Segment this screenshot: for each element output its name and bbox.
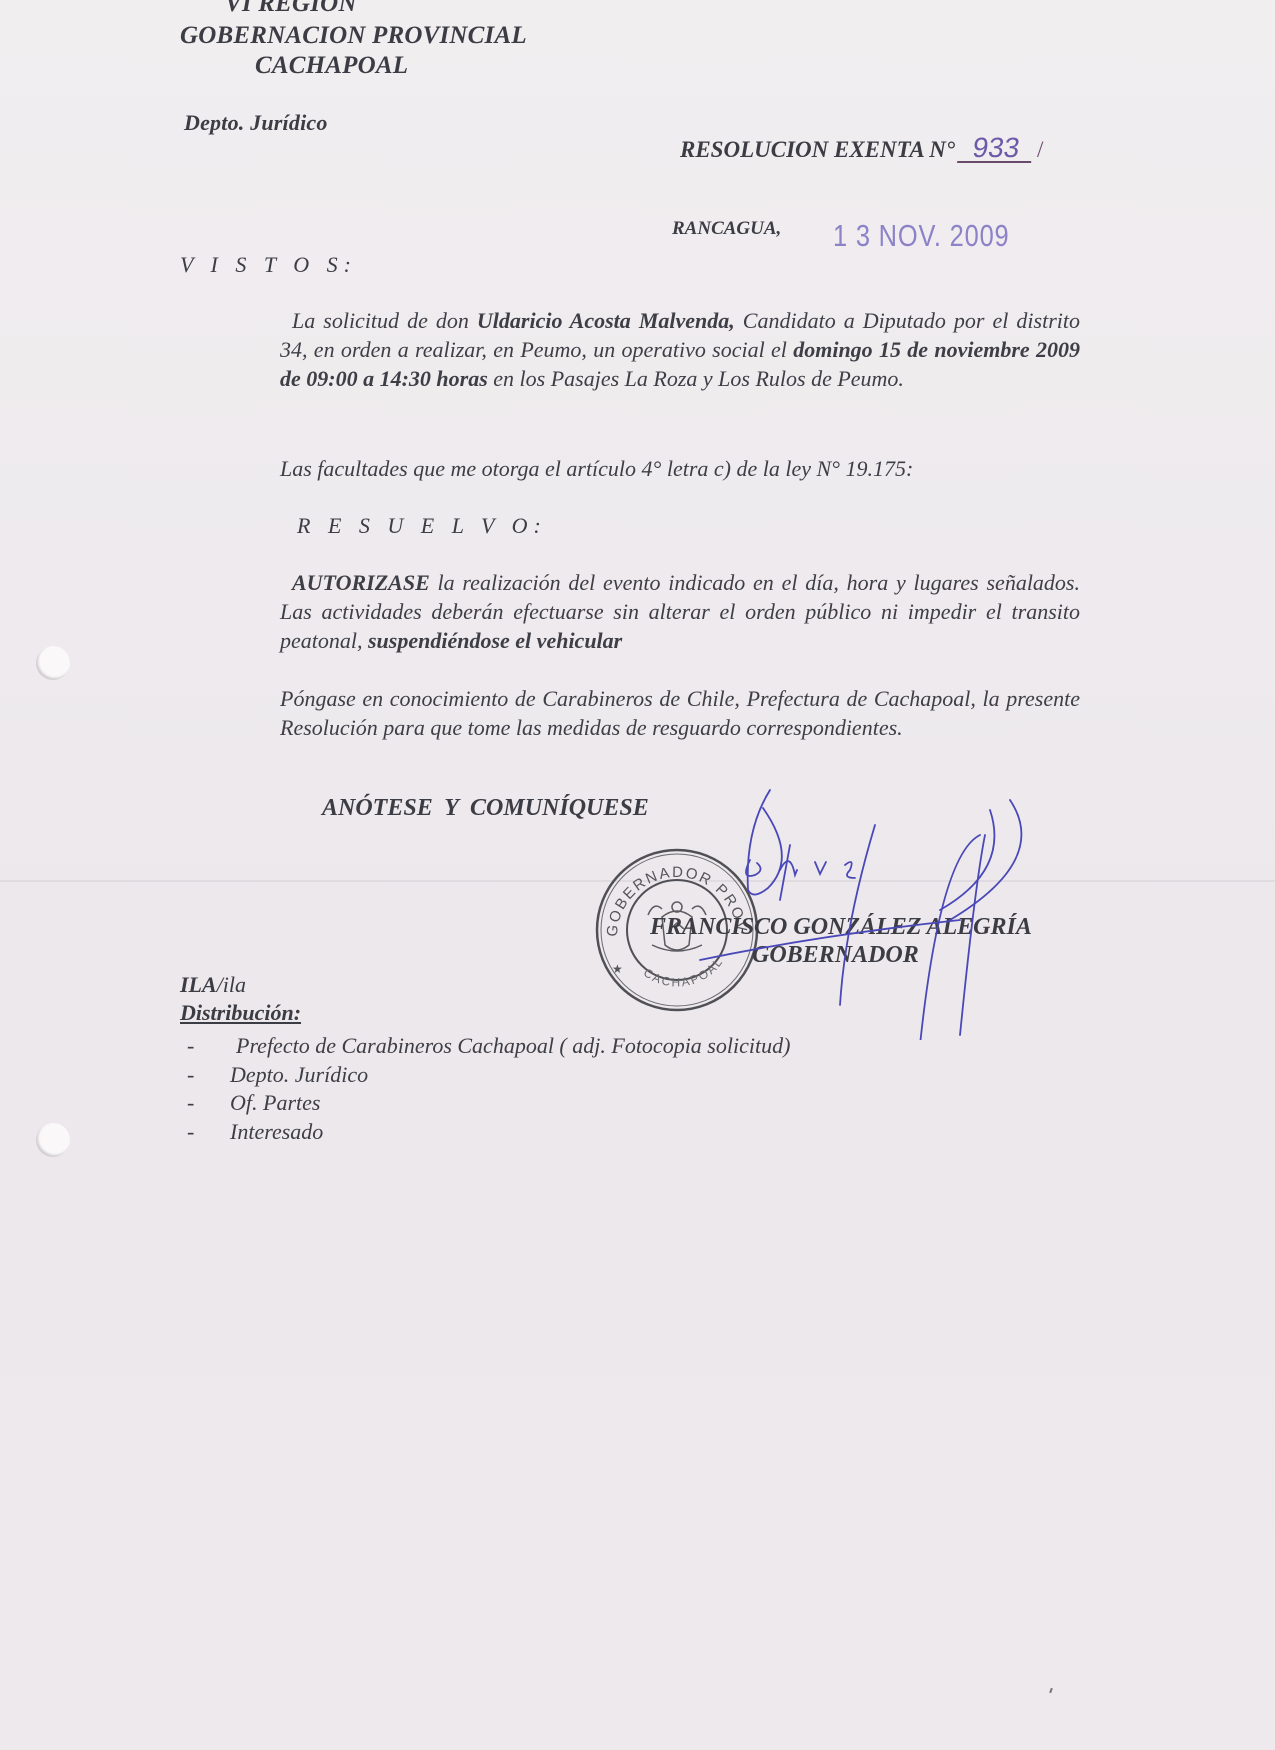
paragraph-autorizase: AUTORIZASE la realización del evento ind… [280,568,1080,655]
city-label: RANCAGUA, [672,218,781,240]
svg-text:CACHAPOAL: CACHAPOAL [641,954,726,989]
distribution-item: -Prefecto de Carabineros Cachapoal ( adj… [187,1032,790,1061]
paragraph-solicitud: La solicitud de don Uldaricio Acosta Mal… [280,306,1080,393]
distribution-list: -Prefecto de Carabineros Cachapoal ( adj… [187,1032,790,1146]
resolution-number-handwritten: 933 [957,135,1035,163]
vistos-heading: V I S T O S: [180,252,357,278]
dash-bullet: - [187,1032,230,1061]
document-page: VI REGION GOBERNACION PROVINCIAL CACHAPO… [0,0,1275,1750]
autorizase-emphasis: suspendiéndose el vehicular [368,628,622,653]
header-provincia: CACHAPOAL [255,52,408,80]
solicitud-end: en los Pasajes La Roza y Los Rulos de Pe… [488,366,904,391]
distribution-item: -Of. Partes [187,1089,790,1118]
resolution-heading: RESOLUCION EXENTA N°933/ [680,135,1043,163]
resuelvo-heading: R E S U E L V O: [297,513,547,539]
typist-initials: ILA/ila [180,972,246,998]
date-stamp: 1 3 NOV. 2009 [833,218,1009,254]
dash-bullet: - [187,1089,230,1118]
distribution-title: Distribución: [180,1000,301,1026]
initials-rest: /ila [217,972,246,997]
autorizase-keyword: AUTORIZASE [292,570,430,595]
punch-hole [36,1123,70,1157]
header-region: VI REGION [225,0,357,18]
header-gobernacion: GOBERNACION PROVINCIAL [180,22,527,50]
signer-name: FRANCISCO GONZÁLEZ ALEGRÍA [650,914,1032,941]
distribution-item: -Interesado [187,1118,790,1147]
distribution-item-text: Prefecto de Carabineros Cachapoal ( adj.… [236,1033,790,1058]
applicant-name: Uldaricio Acosta Malvenda, [477,308,735,333]
svg-text:★: ★ [612,962,623,976]
distribution-item-text: Interesado [230,1119,323,1144]
paragraph-facultades: Las facultades que me otorga el artículo… [280,454,1080,483]
punch-hole [36,646,70,680]
paper-speck [1049,1688,1053,1693]
closing-formula: ANÓTESE Y COMUNÍQUESE [322,795,649,822]
signer-title: GOBERNADOR [752,942,919,969]
distribution-item: -Depto. Jurídico [187,1061,790,1090]
solicitud-intro: La solicitud de don [292,308,477,333]
resolution-label: RESOLUCION EXENTA N° [680,137,955,162]
header-department: Depto. Jurídico [184,110,328,136]
distribution-item-text: Depto. Jurídico [230,1062,368,1087]
distribution-item-text: Of. Partes [230,1090,320,1115]
dash-bullet: - [187,1061,230,1090]
paragraph-pongase: Póngase en conocimiento de Carabineros d… [280,684,1080,742]
resolution-slash: / [1037,137,1043,162]
initials-bold: ILA [180,972,217,997]
dash-bullet: - [187,1118,230,1147]
